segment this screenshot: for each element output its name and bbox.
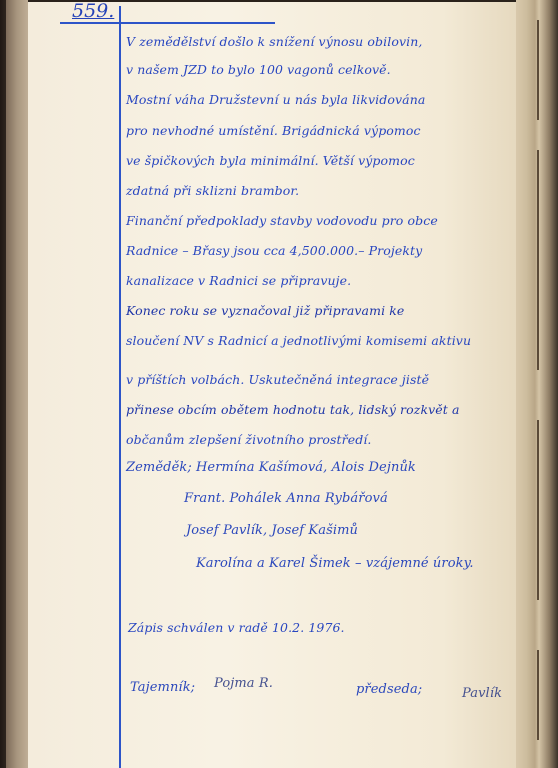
text-line: Radnice – Břasy jsou cca 4,500.000.– Pro… [126, 243, 422, 258]
page-edge-left [6, 0, 28, 768]
signature-row: Frant. Pohálek Anna Rybářová [184, 491, 388, 506]
page-stack-edge [537, 150, 539, 370]
secretary-signature: Pojma R. [214, 676, 273, 691]
text-line: Mostní váha Družstevní u nás byla likvid… [126, 92, 425, 107]
text-line: ve špičkových byla minimální. Větší výpo… [126, 153, 415, 168]
text-line: pro nevhodné umístění. Brigádnická výpom… [126, 123, 421, 138]
text-line: kanalizace v Radnici se připravuje. [126, 273, 351, 288]
margin-line [119, 6, 121, 768]
text-line: Konec roku se vyznačoval již připravami … [126, 303, 404, 318]
text-line: V zemědělství došlo k snížení výnosu obi… [126, 34, 422, 49]
text-line: v příštích volbách. Uskutečněná integrac… [126, 372, 429, 387]
text-line: Finanční předpoklady stavby vodovodu pro… [126, 213, 438, 228]
page-stack-edge [537, 650, 539, 740]
secretary-label: Tajemník; [130, 680, 195, 695]
text-line: občanům zlepšení životního prostředí. [126, 432, 372, 447]
chairman-signature: Pavlík [462, 686, 502, 701]
chairman-label: předseda; [356, 682, 422, 697]
signatures-label: Zeměděk; [126, 460, 192, 475]
text-line: v našem JZD to bylo 100 vagonů celkově. [126, 62, 391, 77]
text-line: sloučení NV s Radnicí a jednotlivými kom… [126, 333, 471, 348]
text-line: přinese obcím obětem hodnotu tak, lidský… [126, 402, 460, 417]
page-stack-edge [537, 420, 539, 600]
approval-note: Zápis schválen v radě 10.2. 1976. [128, 620, 345, 635]
page-stack-edge [537, 20, 539, 120]
page-number: 559. [72, 0, 114, 22]
signature-row: Hermína Kašímová, Alois Dejnůk [196, 460, 416, 475]
text-line: zdatná při sklizni brambor. [126, 183, 299, 198]
signature-row: Josef Pavlík, Josef Kašimů [186, 523, 358, 538]
header-rule [60, 22, 275, 24]
signature-row: Karolína a Karel Šimek – vzájemné úroky. [196, 556, 474, 571]
